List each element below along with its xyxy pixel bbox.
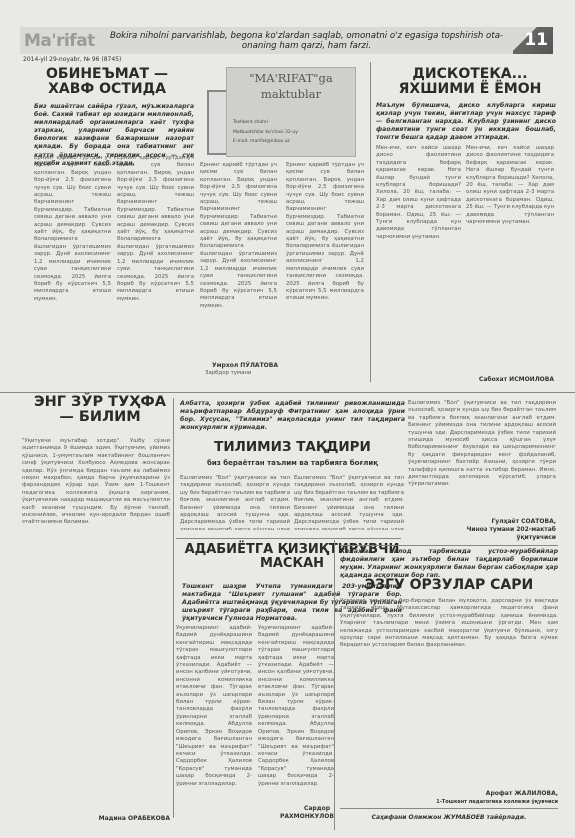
article-body: Ёшлигимиз "Бол" ўқитувчиси ва тил тақдир… (408, 400, 556, 510)
article-headline: ОБИНЕЪМАТ — ХАВФ ОСТИДА (22, 67, 192, 96)
article-author: Гулҳаёт СОАТОВА, (408, 518, 556, 526)
section-divider (176, 538, 401, 539)
article-author: Мадина ОРАБЕКОВА (22, 815, 170, 823)
article-author: Сардор РАХМОНКУЛОВ (280, 805, 330, 821)
article-body: Мен-ичи, кеч кайси шаҳар диско фаолиятин… (376, 145, 461, 360)
article-body: Устозлар таълими, бир-бирлари билан муло… (340, 598, 558, 788)
article-author: Сабохат ИСМОИЛОВА (440, 376, 554, 384)
envelope-icon (227, 100, 355, 118)
promo-address: Matbuotchilar ko'chasi 32-uy (227, 128, 355, 138)
article-body: Ёшлигимиз "Бол" ўқитувчиси ва тил тақдир… (180, 475, 290, 530)
article-headline: ДИСКОТЕКА... ЯХШИМИ Ё ЁМОН (395, 67, 545, 96)
author-location: Зарбдор тумани (205, 370, 275, 378)
article-subheadline: биз бераётган таълим ва тарбияга боғлиқ (180, 459, 405, 467)
article-body: Ўқувчиларнинг адабий-бадиий дунёқарашини… (176, 625, 252, 835)
column-divider (370, 62, 371, 382)
article-lead: Албатта, ҳозирги ўзбек адабий тилининг р… (180, 400, 405, 432)
article-lead: Маълум бўлишича, диско клубларга кириш қ… (376, 102, 556, 142)
section-divider (340, 545, 558, 546)
article-headline: ЭНГ ЗЎР ТУҲФА — БИЛИМ (30, 395, 170, 425)
article-body: Ернинг қарийб тўртдан уч қисми сув билан… (117, 155, 194, 355)
page-number: 11 (513, 27, 553, 54)
article-body: Ернинг қарийб тўртдан уч қисми сув билан… (200, 162, 277, 357)
promo-subtitle: maktublar (227, 88, 355, 100)
article-headline: ТИЛИМИЗ ТАҚДИРИ (180, 440, 405, 454)
promo-address: Toshkent shahri (227, 118, 355, 128)
masthead: Ma'rifat Bokira niholni parvarishlab, be… (20, 27, 553, 54)
promo-email: E-mail: marifat@inbox.uz (227, 137, 355, 147)
author-affiliation: Чиноз тумани 202-мактаб ўқитувчиси (460, 526, 556, 542)
section-divider (0, 392, 575, 393)
article-body: Ёшлигимиз "Бол" ўқитувчиси ва тил тақдир… (294, 475, 404, 530)
issue-date: 2014-yil 29-noyabr, № 96 (8745) (23, 56, 121, 63)
column-divider (334, 540, 335, 830)
newspaper-logo: Ma'rifat (20, 31, 100, 51)
marifat-letters-promo: "MA'RIFAT"ga maktublar Toshkent shahri M… (226, 67, 356, 157)
promo-title: "MA'RIFAT"ga (227, 72, 355, 84)
page-editor-credit: Саҳифани Олимжон ЖУМАБОЕВ тайёрлади. (340, 814, 558, 822)
article-author: Умрхол ПЎЛАТОВА (200, 362, 278, 370)
column-divider (173, 398, 174, 818)
article-body: Ўқувчиларнинг адабий-бадиий дунёқарашини… (258, 625, 334, 820)
section-divider (340, 808, 558, 809)
newspaper-page: Ma'rifat Bokira niholni parvarishlab, be… (0, 0, 575, 838)
article-headline: ЭЗГУ ОРЗУЛАР САРИ (340, 578, 558, 593)
article-body: Ернинг қарийб тўртдан уч қисми сув билан… (34, 155, 111, 355)
article-author: Арофат ЖАЛИЛОВА, (340, 790, 558, 798)
author-affiliation: 1-Тошкент педагогика коллежи ўқувчиси (340, 798, 558, 806)
article-lead: Келажак авлод тарбиясида устоз-мураббийл… (340, 548, 558, 580)
masthead-motto: Bokira niholni parvarishlab, begona ko'z… (100, 31, 513, 51)
article-body: Ернинг қарийб тўртдан уч қисми сув билан… (286, 162, 364, 362)
article-body: "Ўқитувчи муътабар зотдир". Ушбу сўзни э… (22, 438, 170, 818)
article-body: Мен-ичи, кеч кайси шаҳар диско фаолиятин… (466, 145, 554, 355)
